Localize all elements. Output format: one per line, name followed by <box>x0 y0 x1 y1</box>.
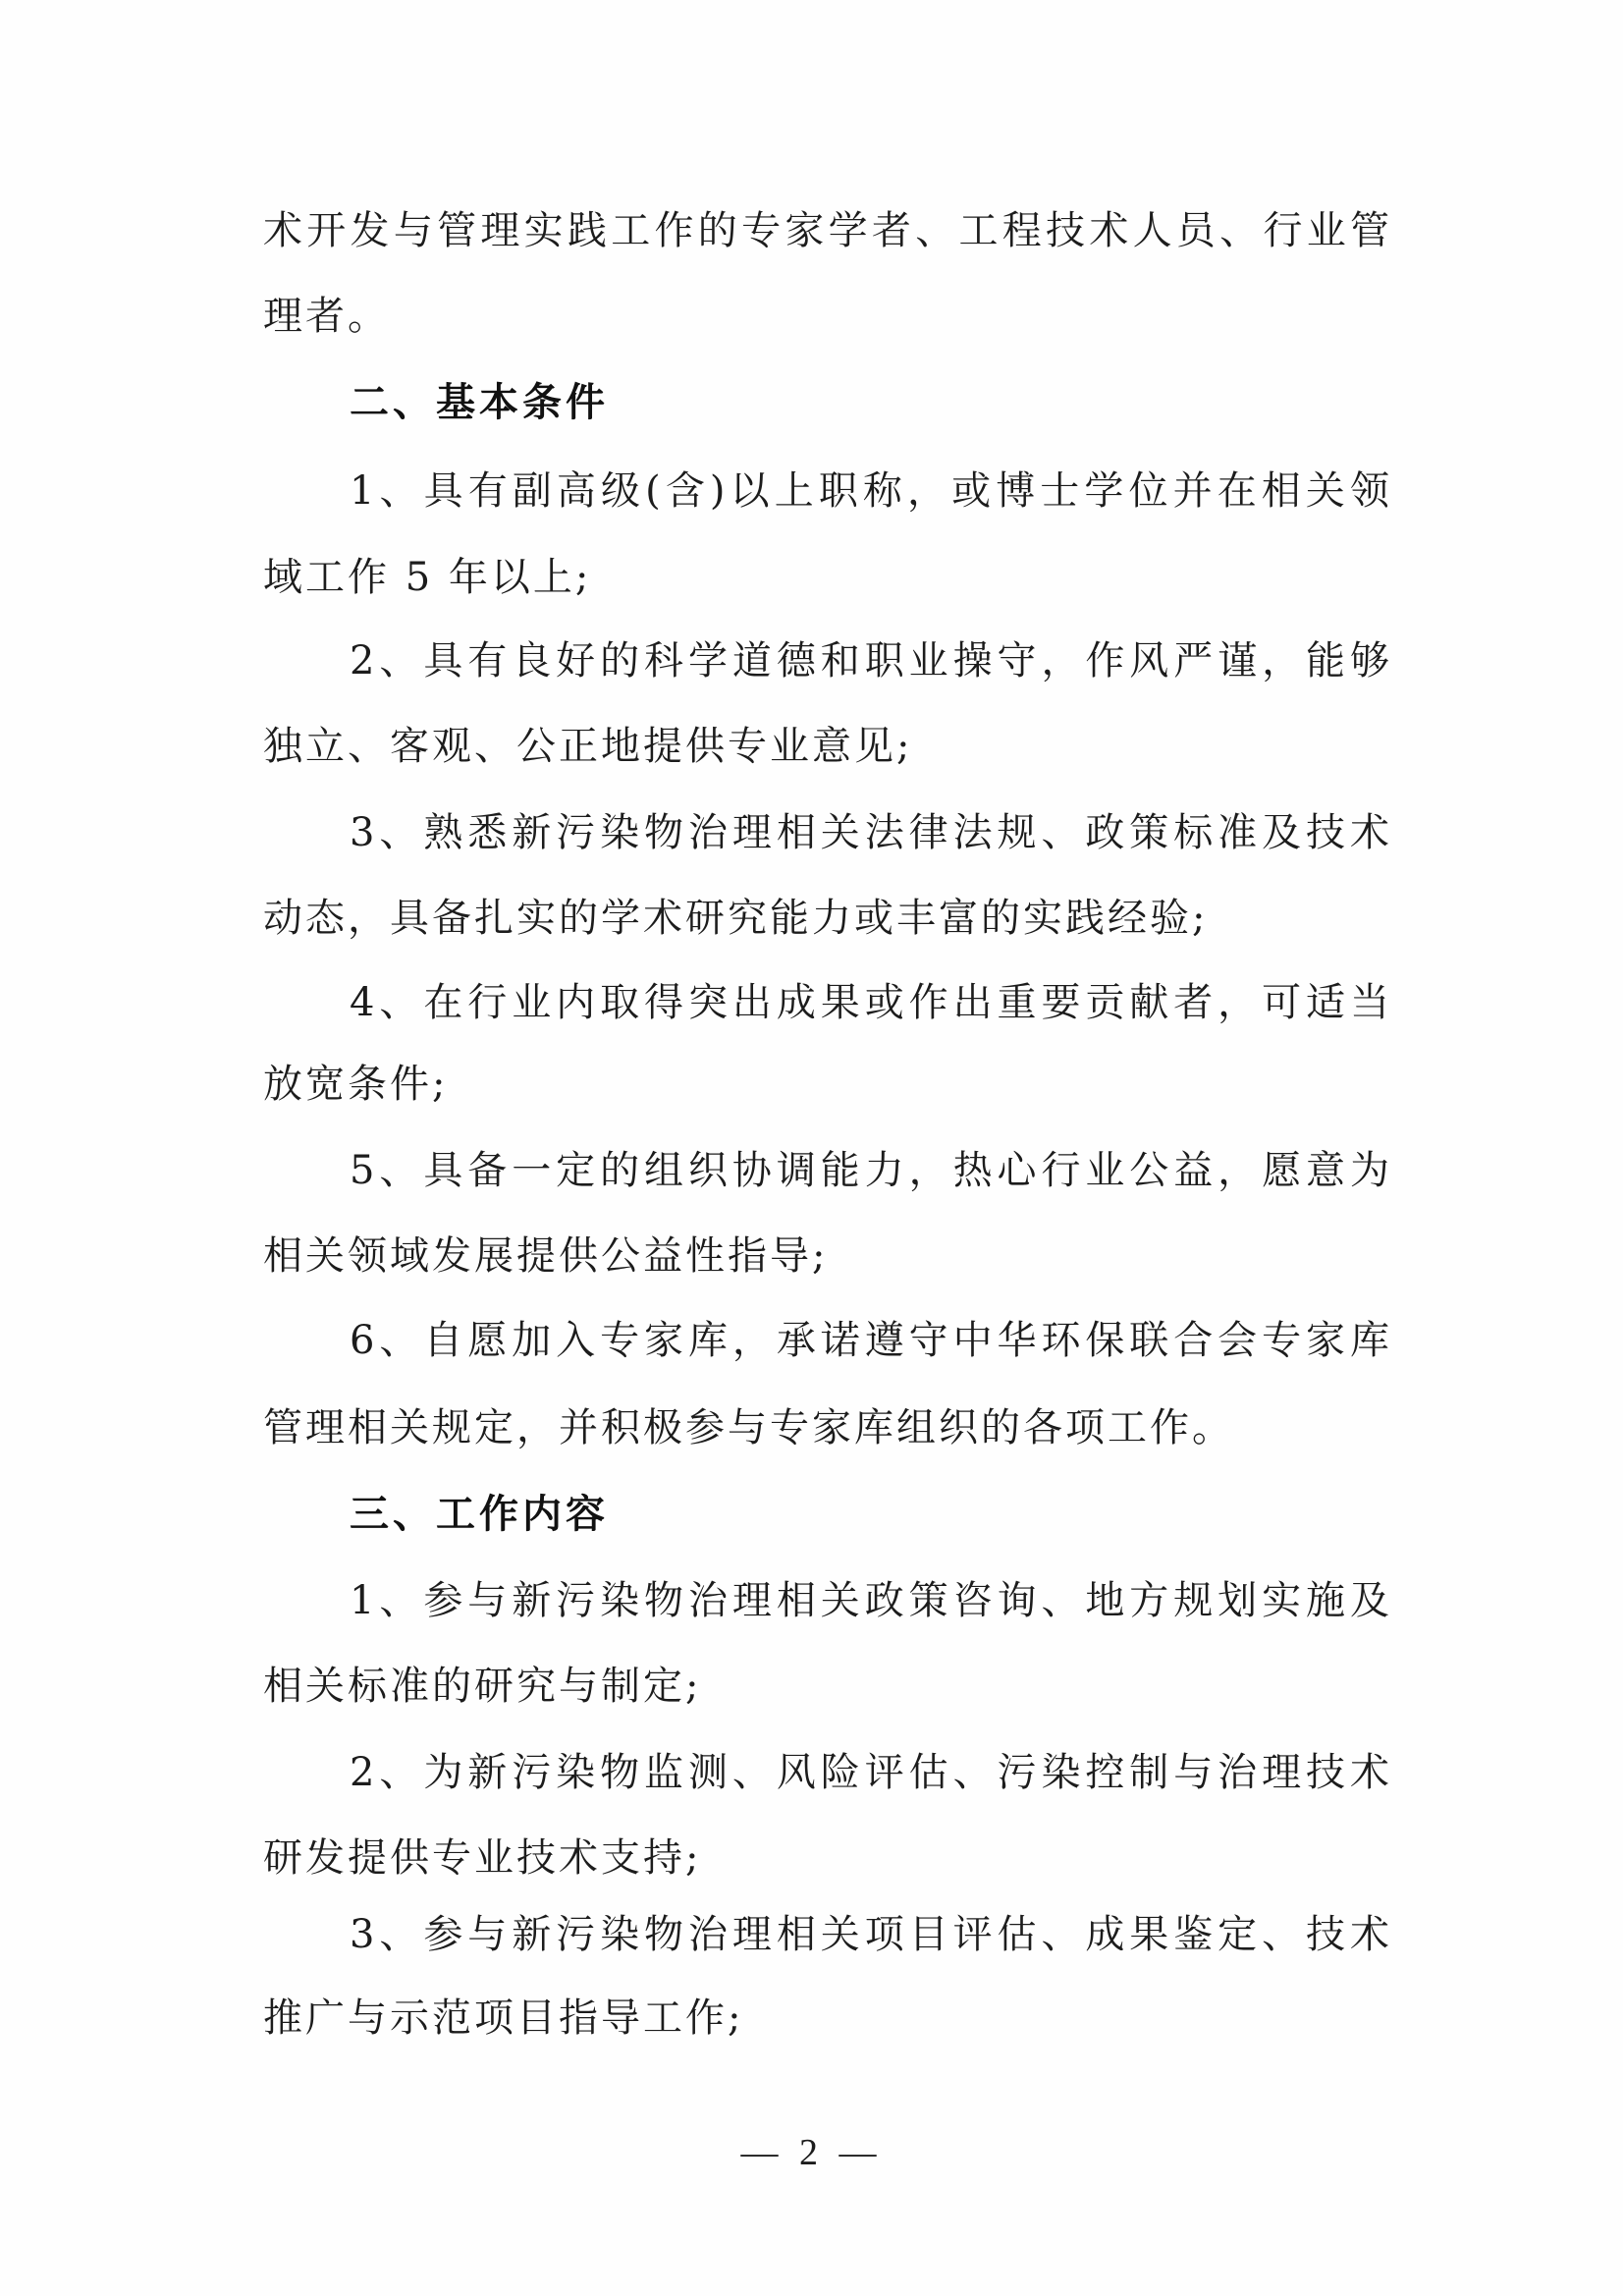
list-item-line: 5、具备一定的组织协调能力，热心行业公益，愿意为 <box>350 1141 1392 1200</box>
list-item-line: 2、为新污染物监测、风险评估、污染控制与治理技术 <box>350 1743 1392 1802</box>
list-item-line: 3、熟悉新污染物治理相关法律法规、政策标准及技术 <box>350 803 1392 862</box>
list-item-line: 域工作 5 年以上; <box>263 548 1392 607</box>
list-item-line: 1、参与新污染物治理相关政策咨询、地方规划实施及 <box>350 1571 1392 1630</box>
document-page: 术开发与管理实践工作的专家学者、工程技术人员、行业管 理者。 二、基本条件 1、… <box>0 0 1623 2296</box>
page-number: — 2 — <box>0 2127 1623 2178</box>
list-item-line: 动态，具备扎实的学术研究能力或丰富的实践经验; <box>263 889 1392 948</box>
paragraph-line: 术开发与管理实践工作的专家学者、工程技术人员、行业管 <box>263 201 1392 260</box>
list-item-line: 1、具有副高级(含)以上职称，或博士学位并在相关领 <box>350 462 1392 520</box>
list-item-line: 2、具有良好的科学道德和职业操守，作风严谨，能够 <box>350 631 1392 690</box>
list-item-line: 相关领域发展提供公益性指导; <box>263 1227 1392 1285</box>
list-item-line: 管理相关规定，并积极参与专家库组织的各项工作。 <box>263 1398 1392 1457</box>
list-item-line: 4、在行业内取得突出成果或作出重要贡献者，可适当 <box>350 973 1392 1032</box>
list-item-line: 推广与示范项目指导工作; <box>263 1989 1392 2048</box>
list-item-line: 相关标准的研究与制定; <box>263 1657 1392 1716</box>
list-item-line: 3、参与新污染物治理相关项目评估、成果鉴定、技术 <box>350 1905 1392 1964</box>
list-item-line: 6、自愿加入专家库，承诺遵守中华环保联合会专家库 <box>350 1311 1392 1370</box>
paragraph-line: 理者。 <box>263 287 1392 346</box>
list-item-line: 放宽条件; <box>263 1055 1392 1114</box>
list-item-line: 研发提供专业技术支持; <box>263 1829 1392 1887</box>
section-heading-work-content: 三、工作内容 <box>350 1485 609 1544</box>
list-item-line: 独立、客观、公正地提供专业意见; <box>263 717 1392 776</box>
section-heading-basic-conditions: 二、基本条件 <box>350 373 609 432</box>
